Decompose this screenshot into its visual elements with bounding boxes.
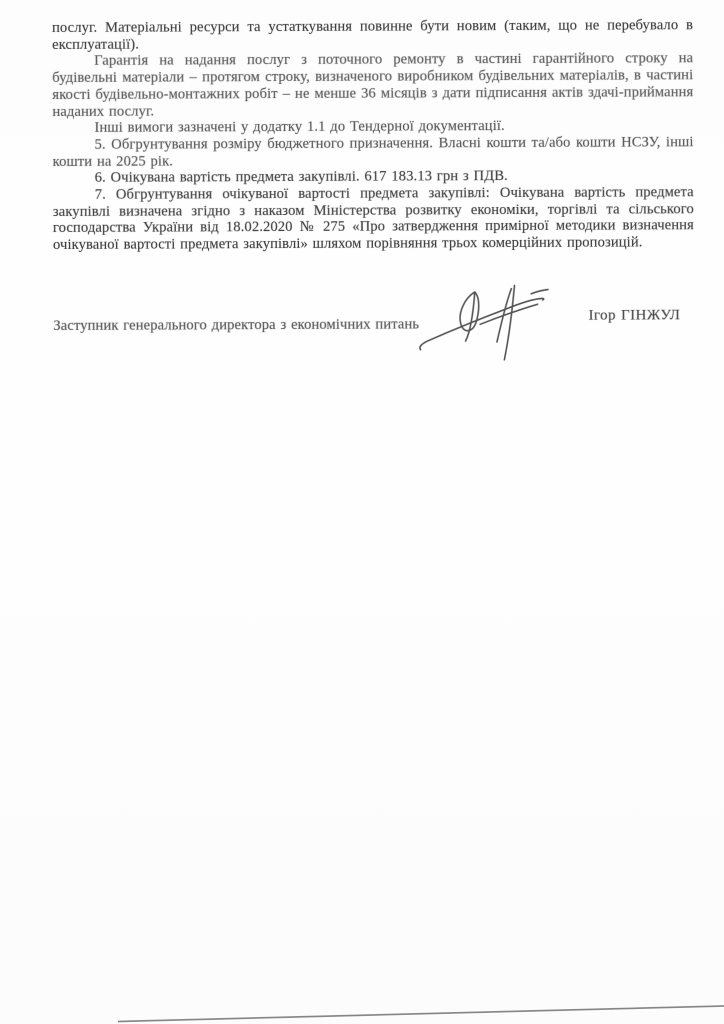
document-body-text: послуг. Матеріальні ресурси та устаткува… — [52, 17, 695, 392]
document-paragraph: 7. Обгрунтування очікуваної вартості пре… — [53, 184, 694, 254]
document-paragraph: Гарантія на надання послуг з поточного р… — [52, 51, 693, 121]
signature-block: Заступник генерального директора з еконо… — [53, 293, 694, 392]
handwritten-signature-icon — [415, 276, 553, 365]
document-paragraph: 5. Обгрунтування розміру бюджетного приз… — [53, 134, 694, 170]
document-paragraph: послуг. Матеріальні ресурси та устаткува… — [52, 17, 693, 53]
signatory-title: Заступник генерального директора з еконо… — [53, 316, 419, 334]
scanned-document-page: послуг. Матеріальні ресурси та устаткува… — [0, 0, 724, 1024]
signatory-name: Ігор ГІНЖУЛ — [588, 307, 680, 324]
